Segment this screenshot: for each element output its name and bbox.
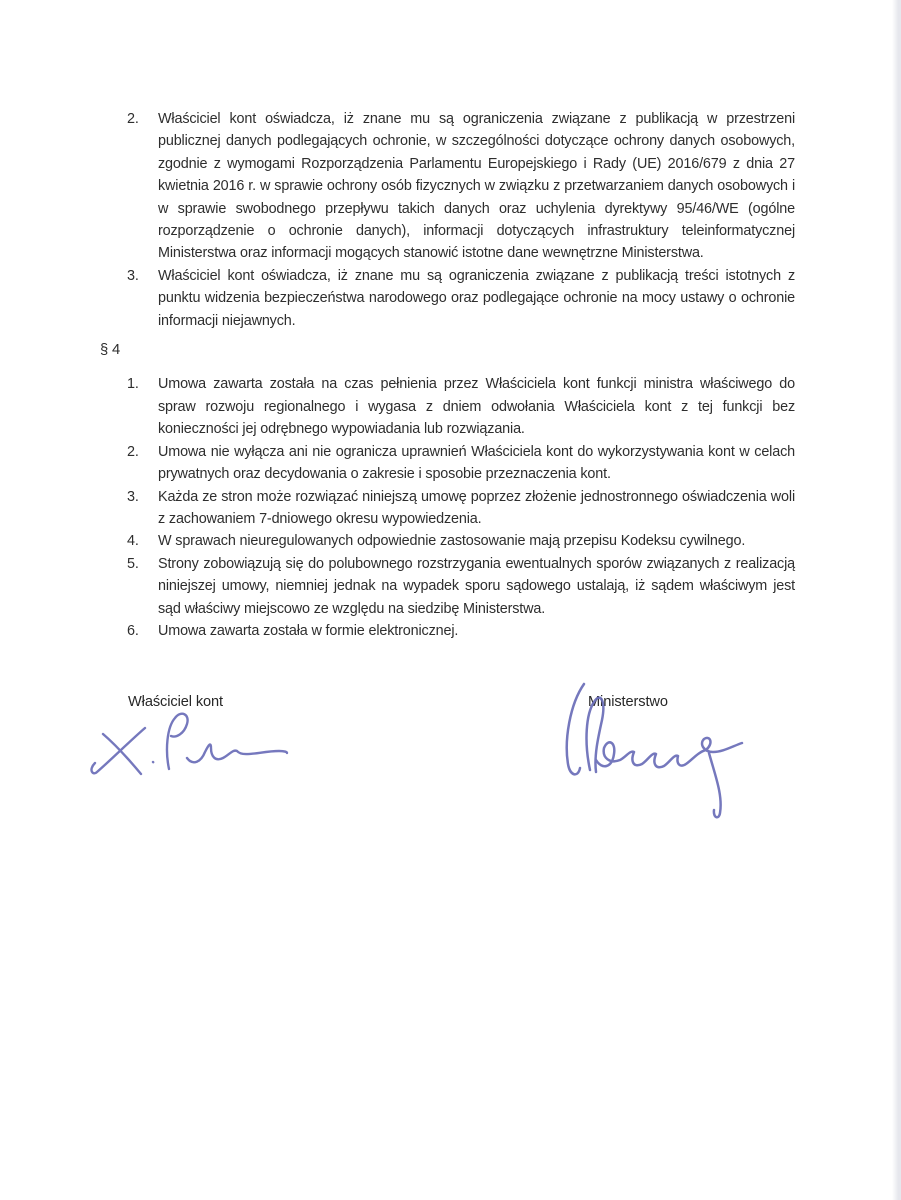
list-item-text: Umowa zawarta została na czas pełnienia … <box>158 373 795 440</box>
list-item-number: 1. <box>127 373 158 395</box>
list-item-number: 6. <box>127 620 158 642</box>
list-item-text: Strony zobowiązują się do polubownego ro… <box>158 553 795 620</box>
scan-page-edge <box>892 0 901 1200</box>
list-item-text: Właściciel kont oświadcza, iż znane mu s… <box>158 108 795 265</box>
list-item-text: Właściciel kont oświadcza, iż znane mu s… <box>158 265 795 332</box>
list-item-number: 3. <box>127 486 158 508</box>
list-item: 1. Umowa zawarta została na czas pełnien… <box>127 373 795 440</box>
list-item-text: Umowa zawarta została w formie elektroni… <box>158 620 795 642</box>
list-item-number: 5. <box>127 553 158 575</box>
list-item-number: 2. <box>127 108 158 130</box>
list-item: 6. Umowa zawarta została w formie elektr… <box>127 620 795 642</box>
list-item-text: Umowa nie wyłącza ani nie ogranicza upra… <box>158 441 795 486</box>
scanned-contract-page: 2. Właściciel kont oświadcza, iż znane m… <box>0 0 901 1200</box>
clause-list-section4: 1. Umowa zawarta została na czas pełnien… <box>127 373 795 642</box>
ministry-signature-label: Ministerstwo <box>588 694 668 710</box>
clause-list-continued: 2. Właściciel kont oświadcza, iż znane m… <box>127 108 795 332</box>
list-item: 5. Strony zobowiązują się do polubownego… <box>127 553 795 620</box>
list-item-text: Każda ze stron może rozwiązać niniejszą … <box>158 486 795 531</box>
list-item: 2. Umowa nie wyłącza ani nie ogranicza u… <box>127 441 795 486</box>
list-item-number: 3. <box>127 265 158 287</box>
list-item: 3. Każda ze stron może rozwiązać niniejs… <box>127 486 795 531</box>
section-heading: § 4 <box>100 339 795 361</box>
list-item-text: W sprawach nieuregulowanych odpowiednie … <box>158 530 795 552</box>
list-item-number: 2. <box>127 441 158 463</box>
list-item: 3. Właściciel kont oświadcza, iż znane m… <box>127 265 795 332</box>
owner-signature-label: Właściciel kont <box>128 694 223 710</box>
list-item: 2. Właściciel kont oświadcza, iż znane m… <box>127 108 795 265</box>
list-item-number: 4. <box>127 530 158 552</box>
list-item: 4. W sprawach nieuregulowanych odpowiedn… <box>127 530 795 552</box>
owner-signature-ink <box>83 706 303 791</box>
contract-body: 2. Właściciel kont oświadcza, iż znane m… <box>127 108 795 642</box>
